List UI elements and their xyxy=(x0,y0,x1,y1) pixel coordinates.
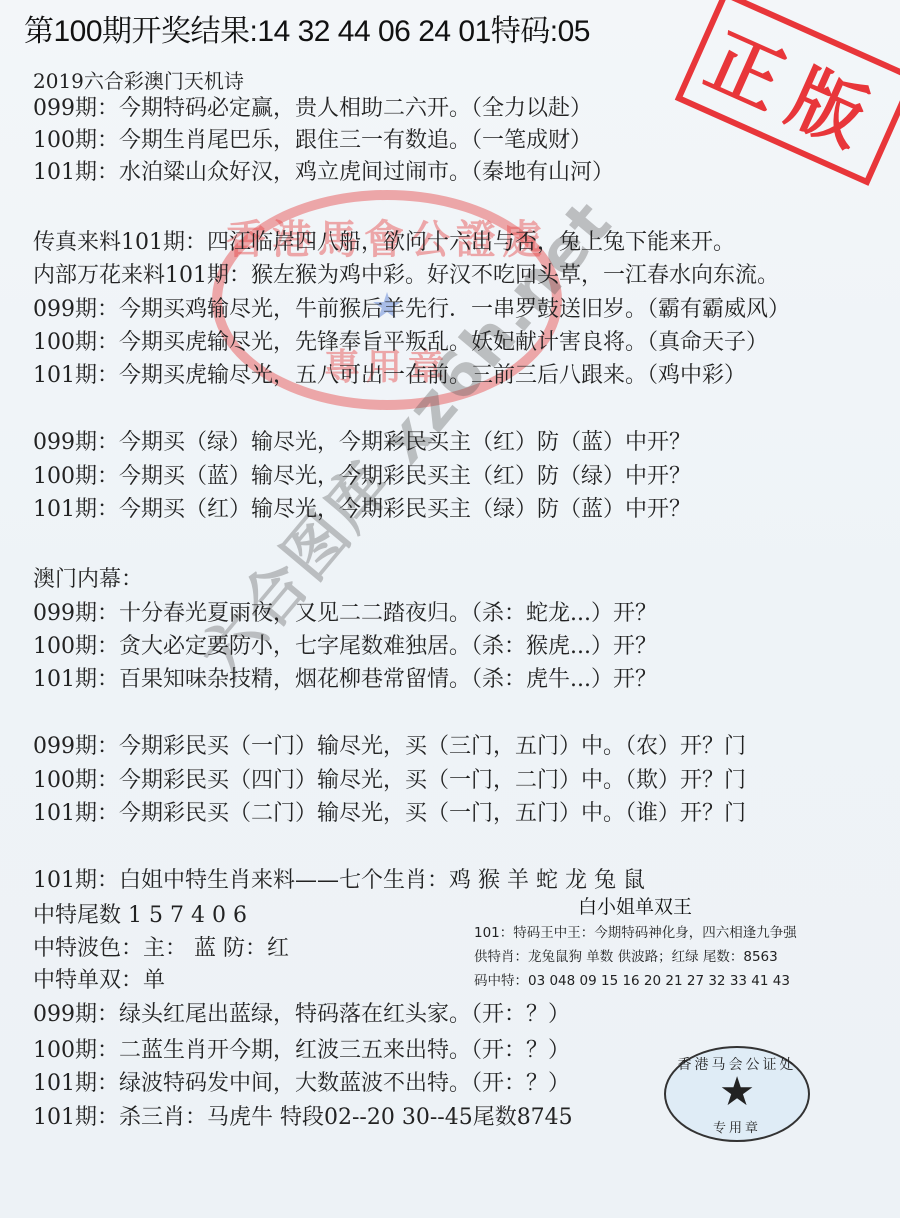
fax-line: 099期：今期买鸡输尽光，牛前猴后羊先行．一串罗鼓送旧岁。（霸有霸威风） xyxy=(33,295,790,325)
poem-line: 101期：水泊粱山众好汉，鸡立虎间过闹市。（秦地有山河） xyxy=(33,158,614,188)
side-box-line: 码中特：03 048 09 15 16 20 21 27 32 33 41 43 xyxy=(474,970,790,992)
odd-even-line: 中特单双：单 xyxy=(33,966,165,996)
door-line: 100期：今期彩民买（四门）输尽光，买（一门，二门）中。（欺）开？门 xyxy=(33,766,746,796)
fax-line: 传真来料101期：四江临岸四八船，欲问十六出与否，兔上兔下能来开。 xyxy=(33,228,735,258)
draw-result-title: 第100期开奖结果:14 32 44 06 24 01特码:05 xyxy=(24,12,590,52)
fax-line: 101期：今期买虎输尽光，五八可出一在前。三前三后八跟来。（鸡中彩） xyxy=(33,361,746,391)
inside-heading: 澳门内幕： xyxy=(33,565,143,595)
poem-line: 099期：今期特码必定赢，贵人相助二六开。（全力以赴） xyxy=(33,94,592,124)
genuine-stamp: 正版 xyxy=(675,0,900,186)
notary-seal: 香港马会公证处 ★ 专用章 xyxy=(664,1046,810,1142)
poem-subtitle: 2019六合彩澳门天机诗 xyxy=(33,66,244,96)
side-box-title: 白小姐单双王 xyxy=(578,892,692,919)
star-icon: ★ xyxy=(666,1070,808,1114)
fax-line: 100期：今期买虎输尽光，先锋奉旨平叛乱。妖妃献计害良将。（真命天子） xyxy=(33,328,768,358)
inside-line: 100期：贪大必定要防小，七字尾数难独居。（杀：猴虎...）开？ xyxy=(33,632,657,662)
color-line: 099期：今期买（绿）输尽光，今期彩民买主（红）防（蓝）中开？ xyxy=(33,428,691,458)
door-line: 101期：今期彩民买（二门）输尽光，买（一门，五门）中。（谁）开？门 xyxy=(33,799,746,829)
door-line: 099期：今期彩民买（一门）输尽光，买（三门，五门）中。（农）开？门 xyxy=(33,732,746,762)
riddle-line: 099期：绿头红尾出蓝绿，特码落在红头家。（开：？） xyxy=(33,1000,570,1030)
side-box-line: 101：特码王中王：今期特码神化身，四六相逢九争强 xyxy=(474,922,797,944)
inside-line: 099期：十分春光夏雨夜，又见二二踏夜归。（杀：蛇龙...）开？ xyxy=(33,599,657,629)
tail-number-line: 中特尾数 1 5 7 4 0 6 xyxy=(33,901,247,931)
riddle-line: 101期：绿波特码发中间，大数蓝波不出特。（开：？） xyxy=(33,1069,570,1099)
inside-line: 101期：百果知味杂技精，烟花柳巷常留情。（杀：虎牛...）开？ xyxy=(33,665,657,695)
color-line: 101期：今期买（红）输尽光，今期彩民买主（绿）防（蓝）中开？ xyxy=(33,495,691,525)
side-box-line: 供特肖：龙兔鼠狗 单数 供波路；红绿 尾数：8563 xyxy=(474,946,778,968)
zodiac-line: 101期：白姐中特生肖来料——七个生肖：鸡 猴 羊 蛇 龙 兔 鼠 xyxy=(33,866,645,896)
color-line: 100期：今期买（蓝）输尽光，今期彩民买主（红）防（绿）中开？ xyxy=(33,462,691,492)
notary-seal-bottom-text: 专用章 xyxy=(666,1117,808,1136)
wave-color-line: 中特波色：主： 蓝 防：红 xyxy=(33,934,289,964)
poem-line: 100期：今期生肖尾巴乐，跟住三一有数追。（一笔成财） xyxy=(33,126,592,156)
kill-zodiac-line: 101期：杀三肖：马虎牛 特段02--20 30--45尾数8745 xyxy=(33,1103,573,1133)
fax-line: 内部万花来料101期：猴左猴为鸡中彩。好汉不吃回头草，一江春水向东流。 xyxy=(33,261,779,291)
riddle-line: 100期：二蓝生肖开今期，红波三五来出特。（开：？） xyxy=(33,1036,570,1066)
